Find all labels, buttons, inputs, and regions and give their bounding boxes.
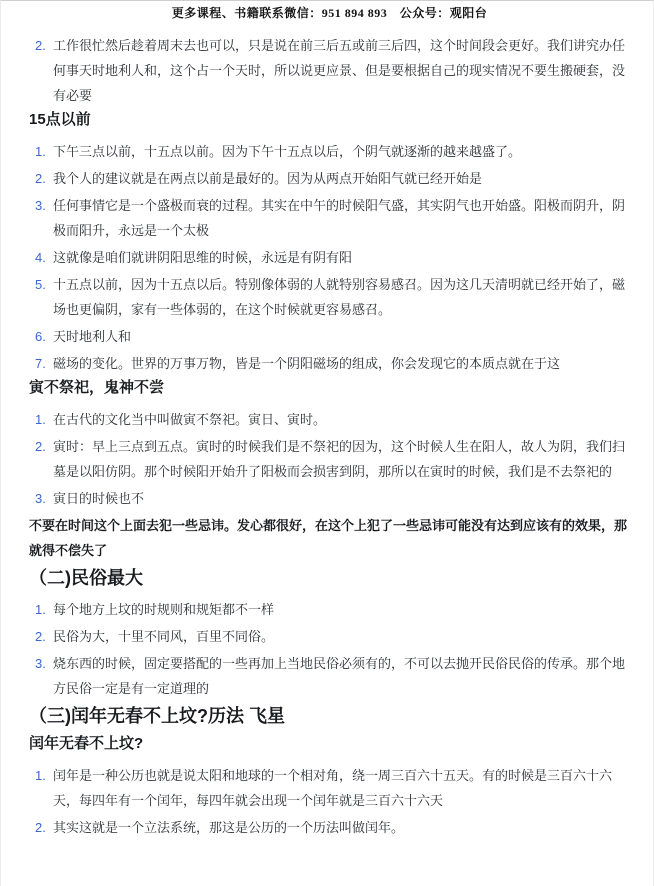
list-item: 3.任何事情它是一个盛极而衰的过程。其实在中午的时候阳气盛，其实阴气也开始盛。阳… (29, 193, 630, 243)
list-item-number: 1. (35, 139, 53, 164)
list-item-text: 每个地方上坟的时规则和规矩都不一样 (53, 597, 630, 622)
list-item-number: 2. (35, 815, 53, 840)
list-item-number: 3. (35, 193, 53, 243)
list-item: 7.磁场的变化。世界的万事万物，皆是一个阴阳磁场的组成，你会发现它的本质点就在于… (29, 351, 630, 376)
emphasis-paragraph: 不要在时间这个上面去犯一些忌讳。发心都很好，在这个上犯了一些忌讳可能没有达到应该… (29, 513, 630, 563)
list-item-number: 1. (35, 407, 53, 432)
list-item-text: 十五点以前，因为十五点以后。特别像体弱的人就特别容易感召。因为这几天清明就已经开… (53, 272, 630, 322)
list-item-text: 我个人的建议就是在两点以前是最好的。因为从两点开始阳气就已经开始是 (53, 166, 630, 191)
list-item-number: 3. (35, 651, 53, 701)
list-item: 1.在古代的文化当中叫做寅不祭祀。寅日、寅时。 (29, 407, 630, 432)
list-item: 2.我个人的建议就是在两点以前是最好的。因为从两点开始阳气就已经开始是 (29, 166, 630, 191)
list-item-text: 寅日的时候也不 (53, 486, 630, 511)
page-header-note: 更多课程、书籍联系微信：951 894 893 公众号：观阳台 (29, 5, 630, 21)
list-item-text: 天时地利人和 (53, 324, 630, 349)
list-item-number: 3. (35, 486, 53, 511)
list-item: 2.工作很忙然后趁着周末去也可以，只是说在前三后五或前三后四，这个时间段会更好。… (29, 33, 630, 108)
list-item-text: 这就像是咱们就讲阴阳思维的时候，永远是有阴有阳 (53, 245, 630, 270)
list-item-number: 2. (35, 33, 53, 108)
section-heading: 寅不祭祀，鬼神不尝 (29, 379, 630, 397)
list-item-number: 2. (35, 434, 53, 484)
list-item-number: 6. (35, 324, 53, 349)
list-item-text: 民俗为大，十里不同风，百里不同俗。 (53, 624, 630, 649)
list-item-number: 5. (35, 272, 53, 322)
list-item: 2.寅时：早上三点到五点。寅时的时候我们是不祭祀的因为，这个时候人生在阳人，故人… (29, 434, 630, 484)
document-content: 2.工作很忙然后趁着周末去也可以，只是说在前三后五或前三后四，这个时间段会更好。… (29, 33, 630, 840)
list-item: 3.寅日的时候也不 (29, 486, 630, 511)
list-item-text: 寅时：早上三点到五点。寅时的时候我们是不祭祀的因为，这个时候人生在阳人，故人为阴… (53, 434, 630, 484)
section-heading: （三)闰年无春不上坟?历法 飞星 (29, 705, 630, 727)
document-page: 更多课程、书籍联系微信：951 894 893 公众号：观阳台 2.工作很忙然后… (0, 0, 654, 886)
list-item-number: 7. (35, 351, 53, 376)
list-item-number: 4. (35, 245, 53, 270)
list-item: 1.下午三点以前，十五点以前。因为下午十五点以后，个阴气就逐渐的越来越盛了。 (29, 139, 630, 164)
list-item: 6.天时地利人和 (29, 324, 630, 349)
list-item-number: 2. (35, 166, 53, 191)
list-item-text: 任何事情它是一个盛极而衰的过程。其实在中午的时候阳气盛，其实阴气也开始盛。阳极而… (53, 193, 630, 243)
list-item-number: 1. (35, 763, 53, 813)
list-item-text: 烧东西的时候，固定要搭配的一些再加上当地民俗必须有的，不可以去抛开民俗民俗的传承… (53, 651, 630, 701)
list-item-text: 磁场的变化。世界的万事万物，皆是一个阴阳磁场的组成，你会发现它的本质点就在于这 (53, 351, 630, 376)
list-item: 4.这就像是咱们就讲阴阳思维的时候，永远是有阴有阳 (29, 245, 630, 270)
list-item: 1.闰年是一种公历也就是说太阳和地球的一个相对角，绕一周三百六十五天。有的时候是… (29, 763, 630, 813)
list-item: 1.每个地方上坟的时规则和规矩都不一样 (29, 597, 630, 622)
list-item-text: 工作很忙然后趁着周末去也可以，只是说在前三后五或前三后四，这个时间段会更好。我们… (53, 33, 630, 108)
list-item: 5.十五点以前，因为十五点以后。特别像体弱的人就特别容易感召。因为这几天清明就已… (29, 272, 630, 322)
list-item: 2.其实这就是一个立法系统，那这是公历的一个历法叫做闰年。 (29, 815, 630, 840)
list-item-text: 下午三点以前，十五点以前。因为下午十五点以后，个阴气就逐渐的越来越盛了。 (53, 139, 630, 164)
list-item: 3.烧东西的时候，固定要搭配的一些再加上当地民俗必须有的，不可以去抛开民俗民俗的… (29, 651, 630, 701)
list-item-number: 2. (35, 624, 53, 649)
section-heading: 闰年无春不上坟? (29, 735, 630, 753)
list-item-text: 其实这就是一个立法系统，那这是公历的一个历法叫做闰年。 (53, 815, 630, 840)
list-item: 2.民俗为大，十里不同风，百里不同俗。 (29, 624, 630, 649)
list-item-number: 1. (35, 597, 53, 622)
list-item-text: 在古代的文化当中叫做寅不祭祀。寅日、寅时。 (53, 407, 630, 432)
section-heading: （二)民俗最大 (29, 567, 630, 589)
list-item-text: 闰年是一种公历也就是说太阳和地球的一个相对角，绕一周三百六十五天。有的时候是三百… (53, 763, 630, 813)
section-heading: 15点以前 (29, 111, 630, 129)
